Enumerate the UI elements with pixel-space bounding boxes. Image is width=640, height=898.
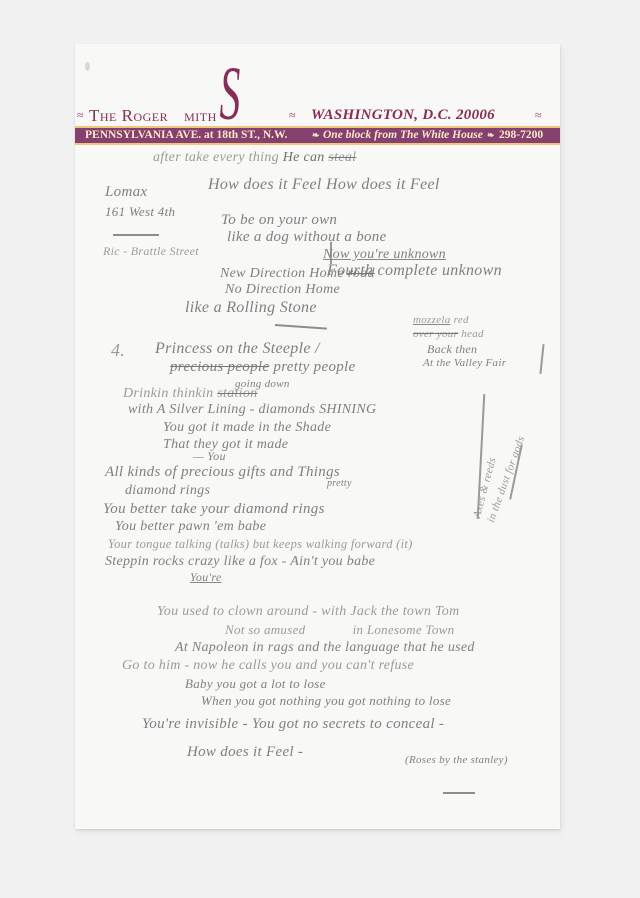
lyric-line: Drinkin thinkin station (123, 386, 257, 402)
lyric-line: How does it Feel - (187, 744, 303, 761)
bullet-icon: ❧ (487, 128, 495, 143)
lyric-line: You got it made in the Shade (163, 420, 331, 436)
lyric-insert: pretty (327, 478, 352, 489)
ornament-icon: ≈ (535, 108, 542, 123)
margin-note-signature: (Roses by the stanley) (405, 754, 508, 766)
bullet-icon: ❧ (312, 128, 320, 143)
lyric-line: When you got nothing you got nothing to … (201, 693, 451, 709)
divider-line (113, 234, 159, 236)
lyric-line: No Direction Home (225, 282, 340, 298)
underline-mark (275, 324, 327, 329)
letterhead: ≈ The Rogermith S ≈ WASHINGTON, D.C. 200… (75, 106, 560, 126)
lyric-insert: You're (190, 570, 222, 585)
hotel-tagline: One block from The White House (323, 128, 483, 143)
hotel-phone: 298-7200 (499, 128, 543, 143)
hotel-name-right: mith (184, 106, 217, 125)
margin-note-valley: Back then (427, 342, 477, 357)
hotel-address: PENNSYLVANIA AVE. at 18th ST., N.W. (85, 128, 287, 143)
lyric-line: after take every thing He can steal (153, 150, 356, 166)
margin-note-ric: Ric - Brattle Street (103, 244, 199, 259)
margin-note-address: 161 West 4th (105, 204, 175, 220)
underline-mark (443, 792, 475, 794)
hotel-logo-s: S (220, 56, 241, 132)
hotel-name-left: The Roger (89, 106, 168, 125)
lyric-line: with A Silver Lining - diamonds SHINING (128, 402, 376, 418)
lyric-line: New Direction Home road (220, 266, 375, 282)
ornament-icon: ≈ (289, 108, 296, 123)
lyric-line: precious people pretty people (170, 359, 355, 376)
lyric-line: You're invisible - You got no secrets to… (142, 716, 444, 733)
lyric-line: Go to him - now he calls you and you can… (122, 658, 414, 674)
letterhead-address-band: PENNSYLVANIA AVE. at 18th ST., N.W. ❧ On… (75, 126, 560, 145)
manuscript-page: ≈ The Rogermith S ≈ WASHINGTON, D.C. 200… (75, 44, 560, 829)
lyric-line: You better take your diamond rings (103, 501, 325, 518)
lyric-line: like a Rolling Stone (185, 299, 317, 317)
lyric-line: Now you're unknown (323, 247, 446, 263)
margin-note-valley: mozzela red (413, 314, 469, 326)
ornament-icon: ≈ (77, 108, 84, 123)
lyric-line: You better pawn 'em babe (115, 519, 266, 535)
lyric-line: To be on your own (221, 212, 337, 229)
lyric-line: Your tongue talking (talks) but keeps wa… (108, 537, 413, 552)
verse-number: 4. (111, 340, 125, 361)
lyric-line: Baby you got a lot to lose (185, 676, 326, 692)
lyric-line: How does it Feel How does it Feel (208, 176, 440, 194)
paper-smudge (85, 62, 90, 71)
bracket-mark (539, 344, 544, 374)
lyric-line: diamond rings (125, 483, 210, 499)
lyric-line: All kinds of precious gifts and Things (105, 464, 340, 481)
lyric-insert: — You (193, 449, 226, 464)
lyric-line: You used to clown around - with Jack the… (157, 604, 460, 620)
lyric-line: like a dog without a bone (227, 229, 387, 246)
lyric-line: Steppin rocks crazy like a fox - Ain't y… (105, 554, 375, 570)
margin-note-lomax: Lomax (105, 184, 147, 201)
margin-note-valley: At the Valley Fair (423, 357, 506, 369)
lyric-line: Not so amused in Lonesome Town (225, 622, 454, 638)
margin-note-valley: over your head (413, 328, 484, 340)
hotel-name: The Rogermith (89, 106, 217, 126)
lyric-line: At Napoleon in rags and the language tha… (175, 640, 475, 656)
lyric-line: Princess on the Steeple / (155, 340, 320, 358)
hotel-city: WASHINGTON, D.C. 20006 (311, 107, 495, 124)
